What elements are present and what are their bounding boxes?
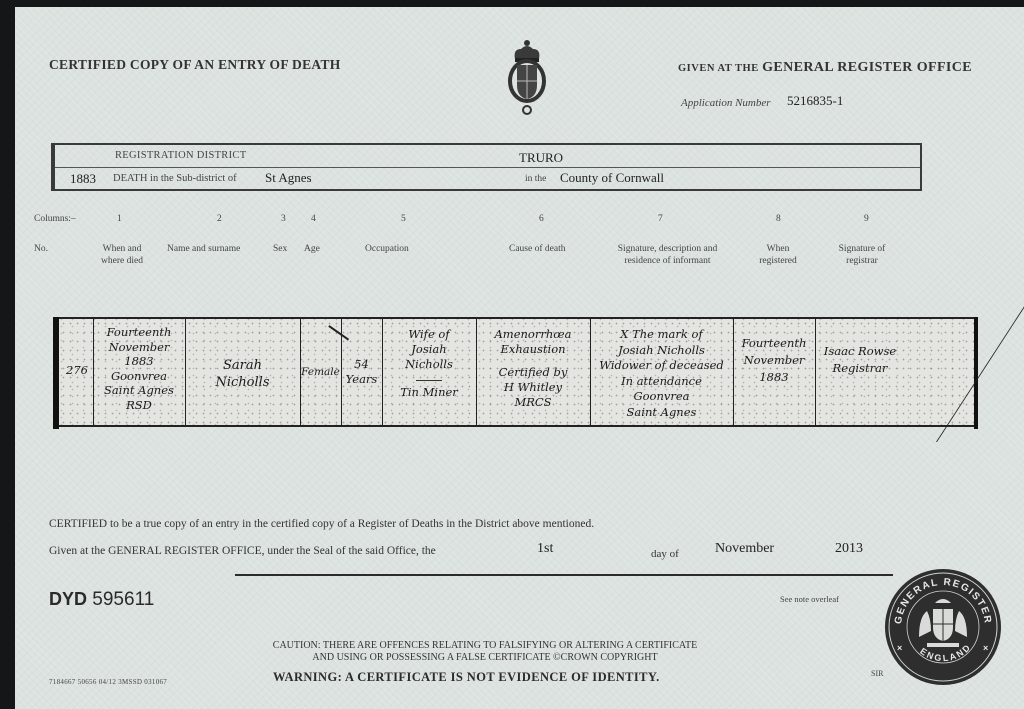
subdistrict-label: DEATH in the Sub-district of <box>113 173 237 184</box>
when-where-line: Fourteenth <box>93 325 185 340</box>
gro-title-main: GENERAL REGISTER OFFICE <box>762 60 972 75</box>
columns-label: Columns:– <box>34 214 76 224</box>
issue-day: 1st <box>537 541 553 557</box>
svg-text:×: × <box>897 643 902 653</box>
day-of-label: day of <box>651 548 679 560</box>
entry-left-border <box>53 317 59 429</box>
signature-line <box>235 574 893 576</box>
age-strike-mark <box>329 325 350 340</box>
identity-warning: WARNING: A CERTIFICATE IS NOT EVIDENCE O… <box>273 670 660 685</box>
when-where-line: RSD <box>93 398 185 413</box>
entry-name: Sarah Nicholls <box>185 357 300 391</box>
informant-line: X The mark of <box>590 327 733 343</box>
when-where-line: Saint Agnes <box>93 383 185 398</box>
certification-statement: CERTIFIED to be a true copy of an entry … <box>49 518 594 530</box>
cause-line: Amenorrhœa <box>476 327 590 342</box>
application-number: 5216835-1 <box>787 93 843 109</box>
issue-year: 2013 <box>835 541 863 557</box>
registered-line: Fourteenth <box>733 335 815 352</box>
occupation-line: Josiah <box>382 342 476 357</box>
column-header-no: No. <box>34 243 48 255</box>
registrar-title: Registrar <box>815 360 905 377</box>
when-where-line: November <box>93 340 185 355</box>
informant-line: Widower of deceased <box>590 358 733 374</box>
cause-line: MRCS <box>476 395 590 410</box>
certificate-title: CERTIFIED COPY OF AN ENTRY OF DEATH <box>49 57 341 73</box>
informant-line: Josiah Nicholls <box>590 343 733 359</box>
age-value: 54 <box>341 357 382 372</box>
given-at-statement: Given at the GENERAL REGISTER OFFICE, un… <box>49 545 436 557</box>
column-number-7: 7 <box>658 214 663 224</box>
certificate-serial: DYD 595611 <box>49 589 154 611</box>
entry-age: 54 Years <box>341 357 382 386</box>
entry-number: 276 <box>61 363 93 378</box>
certificate-page: CERTIFIED COPY OF AN ENTRY OF DEATH GIVE… <box>15 7 1024 709</box>
registered-line: November <box>733 352 815 369</box>
column-number-3: 3 <box>281 214 286 224</box>
caution-line-1: CAUTION: THERE ARE OFFENCES RELATING TO … <box>115 640 855 652</box>
name-line: Nicholls <box>185 374 300 391</box>
column-header-age: Age <box>304 243 320 255</box>
entry-cause-of-death: Amenorrhœa Exhaustion Certified by H Whi… <box>476 327 590 410</box>
name-line: Sarah <box>185 357 300 374</box>
registration-district-label: REGISTRATION DISTRICT <box>115 150 246 161</box>
entry-occupation: Wife of Josiah Nicholls Tin Miner <box>382 327 476 400</box>
general-register-office-seal-icon: GENERAL REGISTER OFFICE ENGLAND × × <box>883 567 1003 687</box>
serial-prefix: DYD <box>49 589 87 609</box>
see-note-overleaf: See note overleaf <box>780 594 839 604</box>
column-header-sex: Sex <box>273 243 287 255</box>
occupation-line: Wife of <box>382 327 476 342</box>
column-header-name: Name and surname <box>167 243 240 255</box>
cause-line: Certified by <box>476 365 590 380</box>
death-year: 1883 <box>70 171 96 187</box>
entry-when-where: Fourteenth November 1883 Goonvrea Saint … <box>93 325 185 412</box>
district-divider <box>55 167 920 168</box>
entry-registrar-signature: Isaac Rowse Registrar <box>815 343 905 377</box>
informant-line: Goonvrea <box>590 389 733 405</box>
occupation-line: Tin Miner <box>382 385 476 400</box>
informant-line: In attendance <box>590 374 733 390</box>
serial-number: 595611 <box>92 589 154 610</box>
when-where-line: Goonvrea <box>93 369 185 384</box>
sir-mark: SIR <box>871 669 883 678</box>
entry-right-border <box>974 317 978 429</box>
spacer <box>476 357 590 365</box>
registration-district-box: REGISTRATION DISTRICT TRURO 1883 DEATH i… <box>51 143 922 191</box>
column-header-occupation: Occupation <box>365 243 409 255</box>
column-header-when-where: When and where died <box>92 243 152 267</box>
column-number-1: 1 <box>117 214 122 224</box>
column-number-6: 6 <box>539 214 544 224</box>
issue-month: November <box>715 541 774 557</box>
county-label: in the <box>525 174 546 184</box>
column-number-2: 2 <box>217 214 222 224</box>
column-number-8: 8 <box>776 214 781 224</box>
age-unit: Years <box>341 372 382 387</box>
svg-text:×: × <box>983 643 988 653</box>
print-code: 7184667 50656 04/12 3MSSD 031067 <box>49 678 167 686</box>
registered-line: 1883 <box>733 369 815 386</box>
cause-line: H Whitley <box>476 380 590 395</box>
royal-coat-of-arms-icon <box>507 37 547 119</box>
registrar-name: Isaac Rowse <box>815 343 905 360</box>
column-number-9: 9 <box>864 214 869 224</box>
column-header-registrar: Signature of registrar <box>827 243 897 267</box>
column-number-5: 5 <box>401 214 406 224</box>
entry-sex: Female <box>300 365 341 380</box>
entry-informant: X The mark of Josiah Nicholls Widower of… <box>590 327 733 420</box>
registration-district-value: TRURO <box>519 150 563 166</box>
subdistrict-value: St Agnes <box>265 170 312 186</box>
gro-title: GIVEN AT THE GENERAL REGISTER OFFICE <box>678 59 972 76</box>
column-header-cause: Cause of death <box>509 243 565 255</box>
informant-line: Saint Agnes <box>590 405 733 421</box>
death-entry-row: 276 Fourteenth November 1883 Goonvrea Sa… <box>53 317 1013 429</box>
column-header-informant: Signature, description and residence of … <box>600 243 735 267</box>
occupation-line: Nicholls <box>382 357 476 372</box>
caution-notice: CAUTION: THERE ARE OFFENCES RELATING TO … <box>115 640 855 664</box>
gro-title-prefix: GIVEN AT THE <box>678 63 759 74</box>
when-where-line: 1883 <box>93 354 185 369</box>
column-header-when-registered: When registered <box>757 243 799 267</box>
application-number-label: Application Number <box>681 97 771 109</box>
cause-line: Exhaustion <box>476 342 590 357</box>
entry-grid: 276 Fourteenth November 1883 Goonvrea Sa… <box>53 317 974 427</box>
column-number-4: 4 <box>311 214 316 224</box>
caution-line-2: AND USING OR POSSESSING A FALSE CERTIFIC… <box>115 652 855 664</box>
entry-when-registered: Fourteenth November 1883 <box>733 335 815 386</box>
occupation-rule <box>416 372 442 381</box>
county-value: County of Cornwall <box>560 170 664 186</box>
